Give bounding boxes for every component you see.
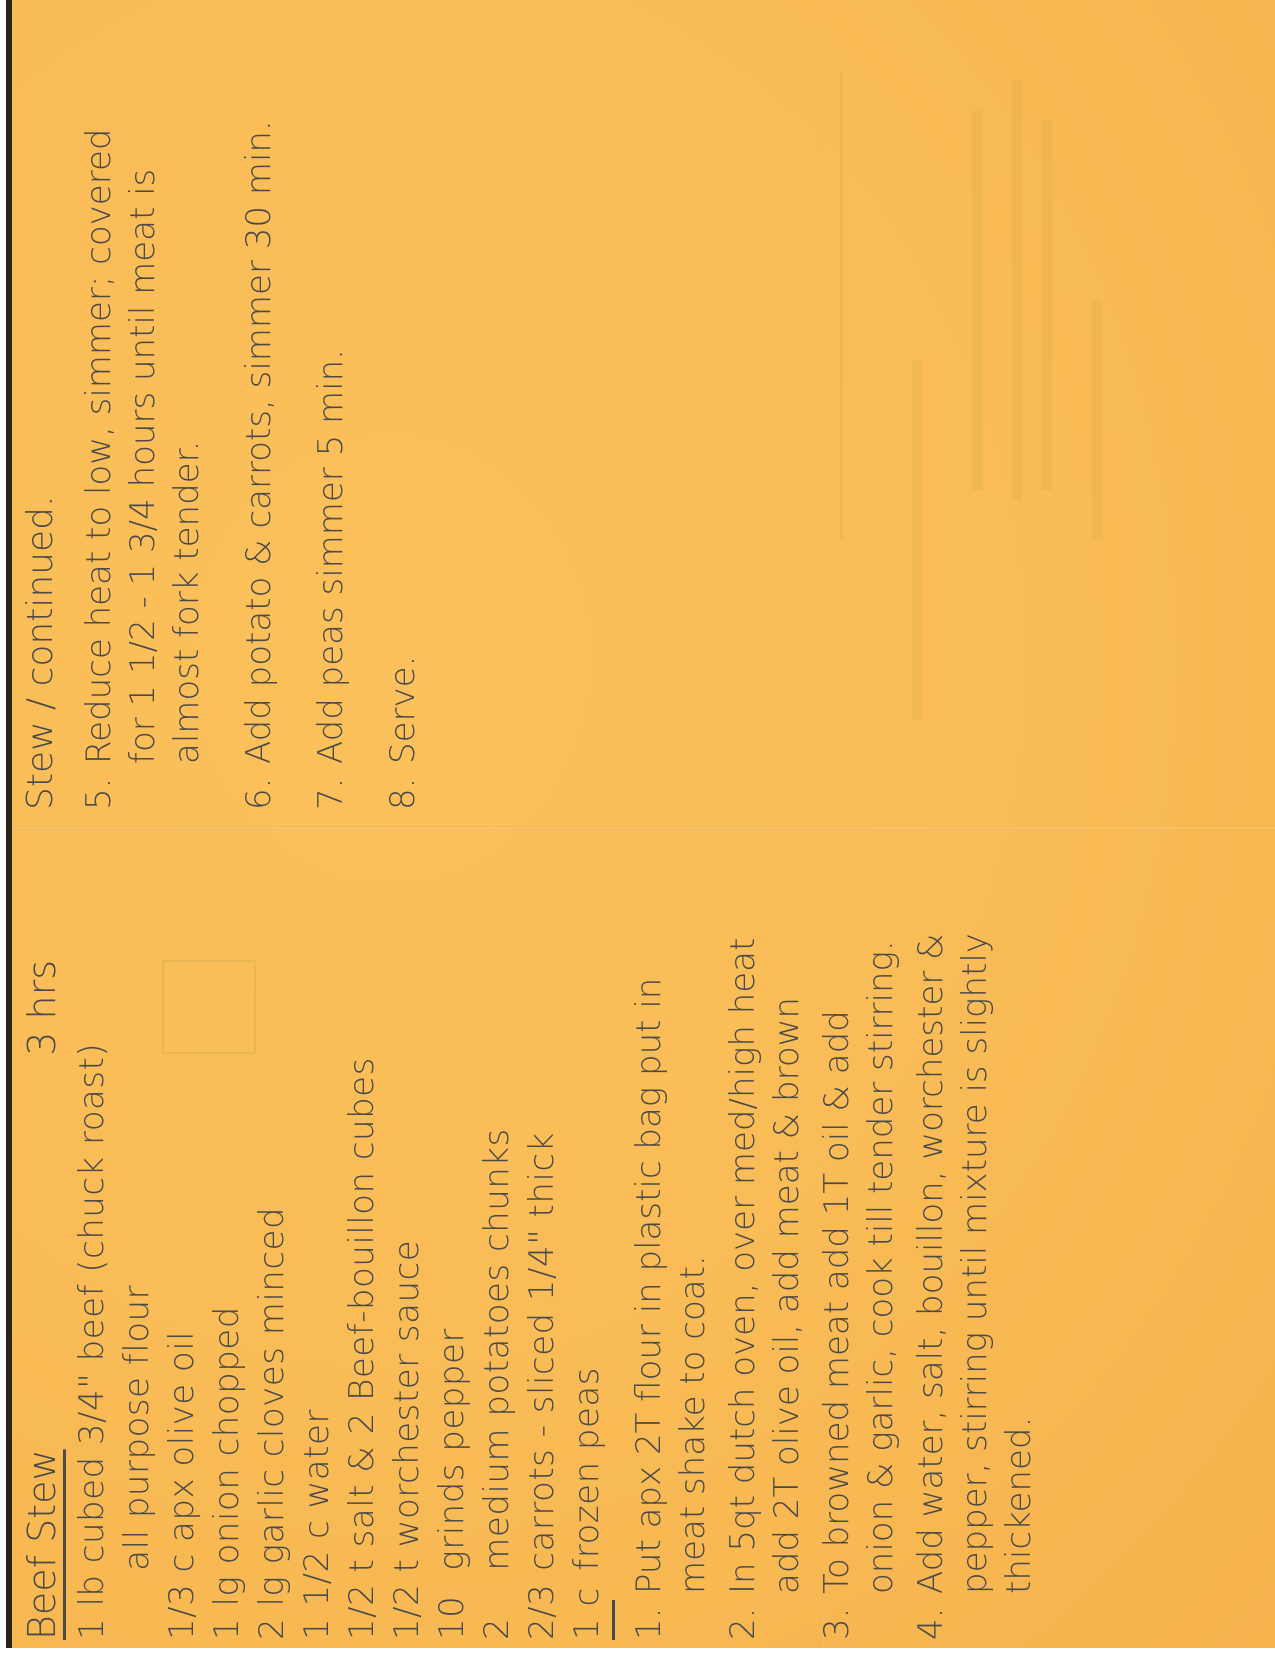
- ingredient-name: apx olive oil: [162, 1331, 202, 1542]
- recipe-step: 2.In 5qt dutch oven, over med/high heat …: [721, 840, 809, 1640]
- step-text: Serve.: [381, 84, 425, 764]
- ingredient-item: 1/2 t salt & 2 Beef-bouillon cubes: [340, 840, 385, 1640]
- bleed-through-mark: [1092, 300, 1102, 540]
- step-number: 6.: [237, 764, 281, 810]
- step-text: Put apx 2T flour in plastic bag put in m…: [627, 914, 715, 1594]
- fold-crease-horizontal: [12, 826, 1275, 828]
- ingredient-name: frozen peas: [567, 1367, 607, 1571]
- step-text: Add peas simmer 5 min.: [309, 84, 353, 764]
- step-text: In 5qt dutch oven, over med/high heat ad…: [721, 914, 809, 1594]
- ingredient-item: 1 lb cubed 3/4" beef (chuck roast): [70, 840, 115, 1640]
- step-number: 3.: [815, 1594, 903, 1640]
- bleed-through-mark: [1012, 80, 1022, 500]
- bleed-through-mark: [972, 110, 982, 490]
- recipe-step: 7.Add peas simmer 5 min.: [309, 10, 353, 810]
- step-number: 8.: [381, 764, 425, 810]
- ingredient-qty: 1/2 t: [340, 1559, 385, 1640]
- ingredient-qty: 1 c: [565, 1582, 610, 1640]
- recipe-step: 3.To browned meat add 1T oil & add onion…: [815, 840, 903, 1640]
- continued-title: Stew / continued.: [20, 10, 61, 810]
- ingredient-item: 2/3 carrots - sliced 1/4" thick: [520, 840, 565, 1640]
- ingredient-name: medium potatoes chunks: [477, 1128, 517, 1570]
- step-text: Add potato & carrots, simmer 30 min.: [237, 84, 281, 764]
- step-number: 4.: [909, 1594, 1041, 1640]
- step-number: 1.: [627, 1594, 715, 1640]
- recipe-step: 1.Put apx 2T flour in plastic bag put in…: [627, 840, 715, 1640]
- ingredient-list: 1 lb cubed 3/4" beef (chuck roast) all p…: [70, 840, 610, 1640]
- step-number: 7.: [309, 764, 353, 810]
- continued-step-list: 5.Reduce heat to low, simmer; covered fo…: [77, 10, 453, 810]
- ingredient-qty: 1 lg: [205, 1576, 250, 1640]
- ingredient-name: cubed 3/4" beef (chuck roast): [72, 1043, 112, 1563]
- recipe-step: 5.Reduce heat to low, simmer; covered fo…: [77, 10, 209, 810]
- ingredient-qty: 1 lb: [70, 1575, 115, 1640]
- ingredient-name: all purpose flour: [117, 1285, 157, 1571]
- bleed-through-mark: [912, 360, 922, 720]
- ingredient-name: worchester sauce: [387, 1240, 427, 1547]
- ingredient-name: carrots - sliced 1/4" thick: [522, 1132, 562, 1570]
- ingredient-qty: 2/3: [520, 1582, 565, 1640]
- recipe-step: 8.Serve.: [381, 10, 425, 810]
- ingredient-qty: 1/3 c: [160, 1553, 205, 1640]
- recipe-title: Beef Stew: [20, 1449, 64, 1640]
- recipe-time: 3 hrs: [20, 960, 64, 1056]
- ingredient-divider: [612, 1600, 615, 1640]
- step-number: 2.: [721, 1594, 809, 1640]
- ingredient-qty: 1 1/2 c: [295, 1520, 340, 1640]
- ingredient-qty: 10: [430, 1582, 475, 1640]
- ingredient-item: 1 c frozen peas: [565, 840, 610, 1640]
- ingredient-qty: 2: [475, 1582, 520, 1640]
- ingredient-item: 1 lg onion chopped: [205, 840, 250, 1640]
- step-text: Reduce heat to low, simmer; covered for …: [77, 84, 209, 764]
- ingredient-item: 2 medium potatoes chunks: [475, 840, 520, 1640]
- bleed-through-mark: [1042, 120, 1052, 490]
- ingredient-item: all purpose flour: [115, 840, 160, 1640]
- ingredient-item: 1/3 c apx olive oil: [160, 840, 205, 1640]
- step-spacer: [287, 10, 309, 810]
- step-spacer: [215, 10, 237, 810]
- ingredient-item: 10 grinds pepper: [430, 840, 475, 1640]
- recipe-step: 4.Add water, salt, bouillon, worchester …: [909, 840, 1041, 1640]
- step-text: To browned meat add 1T oil & add onion &…: [815, 914, 903, 1594]
- recipe-step: 6.Add potato & carrots, simmer 30 min.: [237, 10, 281, 810]
- step-text: Add water, salt, bouillon, worchester & …: [909, 914, 1041, 1594]
- step-list: 1.Put apx 2T flour in plastic bag put in…: [627, 840, 1041, 1640]
- ingredient-name: onion chopped: [207, 1306, 247, 1564]
- recipe-main-section: Beef Stew 3 hrs 1 lb cubed 3/4" beef (ch…: [20, 840, 1047, 1640]
- ingredient-name: salt & 2 Beef-bouillon cubes: [342, 1057, 382, 1547]
- step-spacer: [431, 10, 453, 810]
- ingredient-name: grinds pepper: [432, 1328, 472, 1571]
- ingredient-item: 1/2 t worchester sauce: [385, 840, 430, 1640]
- ingredient-name: garlic cloves minced: [252, 1207, 292, 1564]
- ingredient-item: 1 1/2 c water: [295, 840, 340, 1640]
- ingredient-qty: 1/2 t: [385, 1559, 430, 1640]
- ingredient-name: water: [297, 1409, 337, 1508]
- ingredient-item: 2 lg garlic cloves minced: [250, 840, 295, 1640]
- recipe-continued-section: Stew / continued. 5.Reduce heat to low, …: [20, 10, 453, 810]
- step-spacer: [359, 10, 381, 810]
- bleed-through-mark: [840, 70, 843, 540]
- ingredient-qty: 2 lg: [250, 1576, 295, 1640]
- step-number: 5.: [77, 764, 209, 810]
- recipe-header: Beef Stew 3 hrs: [20, 920, 64, 1640]
